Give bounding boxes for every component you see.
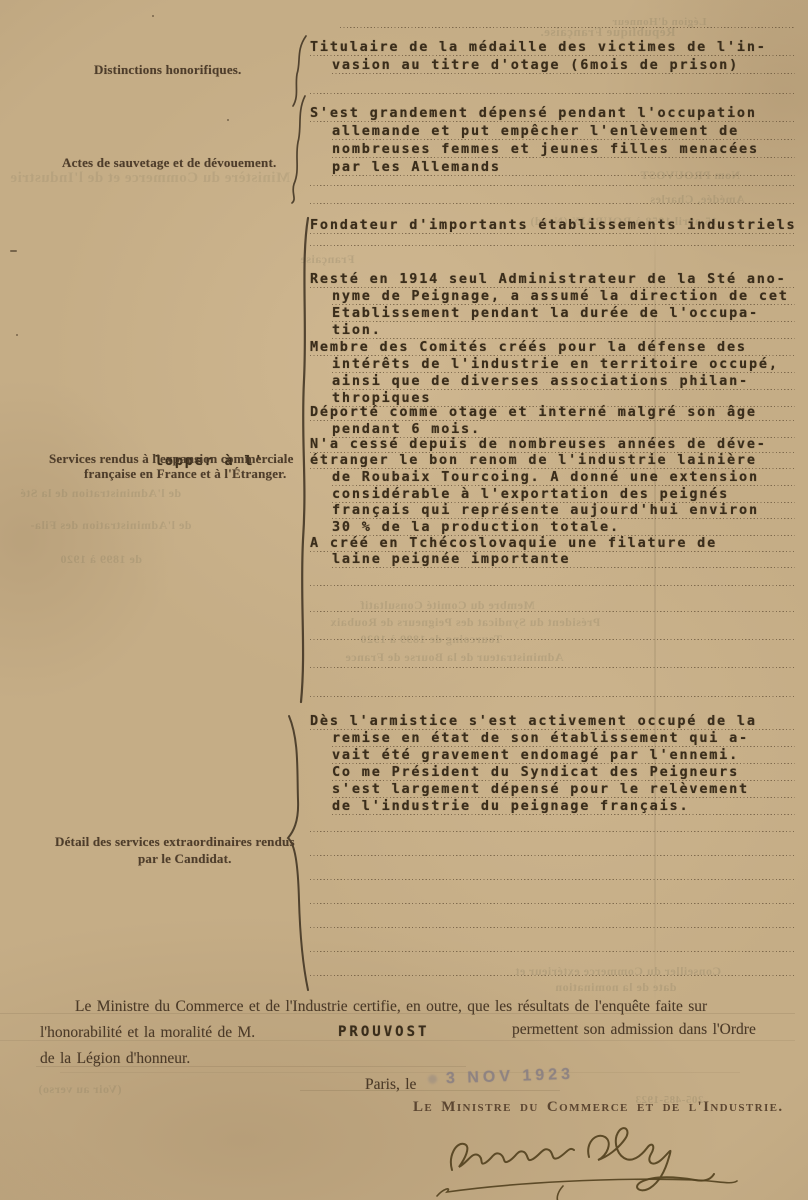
typed-text: intérêts de l'industrie en territoire oc… — [332, 356, 779, 372]
typed-text: S'est grandement dépensé pendant l'occup… — [310, 105, 757, 121]
typed-line: tion. — [332, 321, 795, 339]
paper-speck — [227, 119, 229, 121]
typed-text: Dès l'armistice s'est activement occupé … — [310, 713, 757, 729]
bleedthrough-text: (Voir au verso) — [38, 1082, 122, 1097]
signature-last-name-stroke — [588, 1128, 714, 1190]
typed-line: intérêts de l'industrie en territoire oc… — [332, 355, 795, 373]
bleedthrough-text: de l'Administration de la Sté — [20, 486, 181, 501]
typed-text: nyme de Peignage, a assumé la direction … — [332, 288, 789, 304]
bleedthrough-text: Française — [300, 252, 355, 267]
certification-line-2-left: l'honorabilité et la moralité de M. — [40, 1024, 255, 1042]
dotted-rule-partial — [340, 10, 795, 28]
label-detail-line2: par le Candidat. — [138, 851, 232, 867]
typed-line: Resté en 1914 seul Administrateur de la … — [310, 270, 795, 288]
typed-text: Resté en 1914 seul Administrateur de la … — [310, 271, 787, 287]
dotted-rule-empty — [310, 76, 795, 94]
typed-line: Dès l'armistice s'est activement occupé … — [310, 712, 795, 730]
typed-text: de l'industrie du peignage français. — [332, 798, 689, 814]
bleedthrough-text: Ministère du Commerce et de l'Industrie — [10, 170, 290, 187]
brace-distinctions — [293, 36, 306, 106]
typed-text: tion. — [332, 322, 382, 338]
bleedthrough-text: date de la nomination — [555, 980, 677, 995]
typed-line: ainsi que de diverses associations phila… — [332, 372, 795, 390]
typed-line: allemande et put empêcher l'enlèvement d… — [332, 122, 795, 140]
brace-detail — [288, 716, 308, 990]
paper-speck — [16, 334, 18, 336]
typed-text: français qui représente aujourd'hui envi… — [332, 502, 759, 518]
bleedthrough-text: de l'Administration des Fila- — [30, 518, 192, 533]
label-services-line2: française en France et à l'Étranger. — [84, 466, 286, 482]
dotted-rule-empty — [310, 228, 795, 246]
dotted-rule-empty — [310, 862, 795, 880]
typed-line: nyme de Peignage, a assumé la direction … — [332, 287, 795, 305]
dotted-rule-empty — [310, 622, 795, 640]
typed-line: Co me Président du Syndicat des Peigneur… — [332, 763, 795, 781]
dotted-rule-empty — [310, 650, 795, 668]
typed-line: S'est grandement dépensé pendant l'occup… — [310, 104, 795, 122]
label-sauvetage: Actes de sauvetage et de dévouement. — [62, 155, 276, 171]
signature-first-name-stroke — [451, 1144, 574, 1170]
typed-line: Etablissement pendant la durée de l'occu… — [332, 304, 795, 322]
rule-services — [301, 218, 308, 702]
typed-line: vasion au titre d'otage (6mois de prison… — [332, 56, 795, 74]
dotted-rule-empty — [310, 814, 795, 832]
signature-underline-flourish — [437, 1179, 737, 1196]
paper-speck — [430, 113, 433, 115]
bleedthrough-text: de 1899 à 1920 — [60, 552, 142, 567]
typed-text: vait été gravement endomagé par l'ennemi… — [332, 747, 739, 763]
dotted-rule-empty — [310, 186, 795, 204]
typed-text: considérable à l'exportation des peignés — [332, 486, 729, 502]
typed-line: français qui représente aujourd'hui envi… — [332, 501, 795, 519]
label-detail-line1: Détail des services extraordinaires rend… — [55, 834, 295, 850]
typed-text: nombreuses femmes et jeunes filles menac… — [332, 141, 759, 157]
typed-text: Co me Président du Syndicat des Peigneur… — [332, 764, 739, 780]
ruled-line — [300, 1090, 560, 1091]
typed-text: A créé en Tchécoslovaquie une filature d… — [310, 535, 717, 551]
typed-text: ainsi que de diverses associations phila… — [332, 373, 749, 389]
typed-line: Membre des Comités créés pour la défense… — [310, 338, 795, 356]
typed-text: Membre des Comités créés pour la défense… — [310, 339, 747, 355]
typed-line: Titulaire de la médaille des victimes de… — [310, 38, 795, 56]
label-distinctions: Distinctions honorifiques. — [94, 62, 242, 78]
typed-text: Titulaire de la médaille des victimes de… — [310, 39, 767, 55]
typed-line: laine peignée importante — [332, 550, 795, 568]
signature-descender — [557, 1186, 568, 1200]
dotted-rule-empty — [310, 838, 795, 856]
dotted-rule-empty — [310, 910, 795, 928]
paper-speck — [10, 250, 17, 252]
dotted-rule-empty — [310, 568, 795, 586]
brace-sauvetage — [292, 96, 305, 203]
dotted-rule-empty — [310, 958, 795, 976]
dotted-rule-empty — [310, 168, 795, 186]
typed-line: de l'industrie du peignage français. — [332, 797, 795, 815]
typed-line: vait été gravement endomagé par l'ennemi… — [332, 746, 795, 764]
typed-text: 30 % de la production totale. — [332, 519, 620, 535]
document-page: Légion d'HonneurRépublique Française.Min… — [0, 0, 808, 1200]
typed-text: s'est largement dépensé pour le relèveme… — [332, 781, 749, 797]
typed-line: s'est largement dépensé pour le relèveme… — [332, 780, 795, 798]
certification-line-1: Le Ministre du Commerce et de l'Industri… — [75, 998, 707, 1016]
dotted-rule-empty — [310, 934, 795, 952]
dotted-rule-empty — [310, 679, 795, 697]
typed-text: vasion au titre d'otage (6mois de prison… — [332, 57, 739, 73]
typed-line: de Roubaix Tourcoing. A donné une extens… — [332, 468, 795, 486]
typed-text: Etablissement pendant la durée de l'occu… — [332, 305, 759, 321]
ruled-line — [60, 1072, 740, 1073]
certification-line-3: de la Légion d'honneur. — [40, 1050, 190, 1068]
dotted-rule-empty — [310, 886, 795, 904]
place-date-line: Paris, le — [365, 1076, 416, 1094]
typed-text: de Roubaix Tourcoing. A donné une extens… — [332, 469, 759, 485]
typed-text: remise en état de son établissement qui … — [332, 730, 749, 746]
typed-text: étranger le bon renom de l'industrie lai… — [310, 452, 757, 468]
candidate-name: PROUVOST — [338, 1024, 429, 1040]
typed-text: Déporté comme otage et interné malgré so… — [310, 404, 757, 420]
certification-line-2-right: permettent son admission dans l'Ordre — [512, 1021, 756, 1039]
typed-text: allemande et put empêcher l'enlèvement d… — [332, 123, 739, 139]
dotted-rule-empty — [310, 594, 795, 612]
minister-title: Le Ministre du Commerce et de l'Industri… — [413, 1099, 784, 1116]
label-services-line1: Services rendus à l'expansion commercial… — [49, 451, 294, 467]
typed-line: remise en état de son établissement qui … — [332, 729, 795, 747]
typed-line: nombreuses femmes et jeunes filles menac… — [332, 140, 795, 158]
typed-line: étranger le bon renom de l'industrie lai… — [310, 451, 795, 469]
typed-line: Déporté comme otage et interné malgré so… — [310, 403, 795, 421]
paper-speck — [152, 15, 154, 17]
typed-text: laine peignée importante — [332, 551, 570, 567]
typed-text: N'a cessé depuis de nombreuses années de… — [310, 436, 767, 452]
date-stamp: 3 NOV 1923 — [446, 1066, 575, 1088]
